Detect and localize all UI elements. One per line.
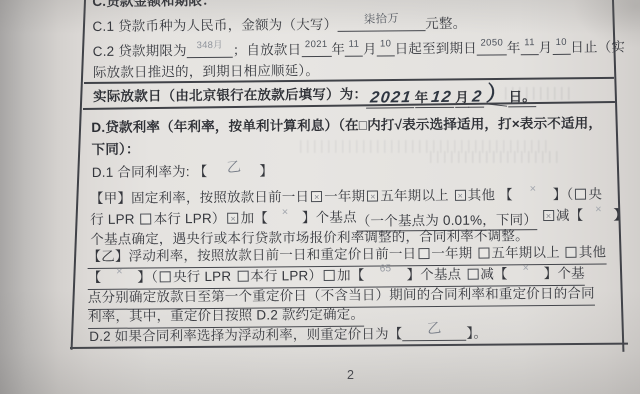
start-month-blank[interactable]: 11 bbox=[345, 41, 363, 57]
printed-text bbox=[537, 208, 541, 223]
printed-text: 【乙】浮动利率，按照放款日前一日和重定价日前一日 bbox=[87, 246, 416, 264]
printed-text: C.2 贷款期限为 bbox=[93, 43, 187, 59]
handwritten-value: 348月 bbox=[197, 37, 223, 54]
handwritten-value: × bbox=[282, 204, 289, 221]
printed-text: 其他 bbox=[579, 245, 607, 260]
printed-text: D.1 合同利率为: 【 bbox=[92, 164, 208, 180]
page-number: 2 bbox=[347, 368, 354, 382]
printed-text: D.贷款利率（年利率，按单利计算利息）（在□内打√表示选择适用，打×表示不适用， bbox=[91, 116, 602, 135]
section-c-heading: C.贷款金额和期限： bbox=[92, 0, 216, 10]
checkbox-mark: × bbox=[455, 188, 466, 205]
checkbox-mark: × bbox=[228, 211, 239, 228]
printed-text: 】 bbox=[259, 163, 273, 178]
printed-text: 元整。 bbox=[425, 16, 466, 31]
printed-text: 【 bbox=[88, 270, 102, 285]
checkbox-mark: × bbox=[311, 189, 322, 206]
loan-term-blank[interactable]: 348月 bbox=[187, 42, 233, 58]
checkbox-other-term-fixed[interactable]: × bbox=[455, 190, 466, 201]
end-day-blank[interactable]: 10 bbox=[552, 39, 570, 55]
printed-text: 日起至到期日 bbox=[395, 41, 477, 57]
checkbox-minus-fixed[interactable]: × bbox=[543, 210, 554, 221]
handwritten-value: × bbox=[595, 202, 602, 219]
printed-text: 年 bbox=[331, 42, 345, 57]
handwritten-value: 柒拾万 bbox=[363, 11, 399, 30]
handwritten-value: 10 bbox=[555, 34, 567, 51]
handwritten-value: × bbox=[116, 264, 123, 281]
checkbox-bank-lpr-fixed[interactable] bbox=[141, 213, 152, 224]
printed-text: 减【 bbox=[480, 266, 508, 281]
other-term-blank-float[interactable]: × bbox=[101, 270, 137, 285]
handwritten-value: 2021 bbox=[305, 36, 328, 53]
end-month-blank[interactable]: 11 bbox=[521, 39, 539, 55]
printed-text: 五年期以上 bbox=[491, 245, 564, 261]
printed-text: 一年期 bbox=[431, 246, 476, 261]
handwritten-value: 2050 bbox=[480, 34, 503, 51]
printed-text: 五年期以上 bbox=[380, 188, 453, 204]
checkbox-mark: × bbox=[367, 188, 378, 205]
printed-text: 】个基点 bbox=[406, 267, 465, 283]
checkbox-one-year-float[interactable] bbox=[418, 248, 429, 259]
actual-day-handwritten: 2 bbox=[468, 89, 487, 108]
printed-text: 央行 LPR bbox=[173, 269, 235, 285]
printed-text: 其他 【 bbox=[468, 187, 513, 202]
printed-text: 本行 LPR） bbox=[250, 268, 322, 284]
plus-basis-points-blank-fixed[interactable]: × bbox=[268, 210, 302, 225]
checkbox-other-term-float[interactable] bbox=[566, 247, 577, 258]
clause-c2-line2: 际放款日推迟的，到期日相应顺延）。 bbox=[93, 62, 319, 81]
section-d-heading-line1: D.贷款利率（年利率，按单利计算利息）（在□内打√表示选择适用，打×表示不适用， bbox=[91, 115, 602, 136]
handwritten-value: 乙 bbox=[426, 319, 442, 337]
checkbox-plus-fixed[interactable]: × bbox=[228, 213, 239, 224]
actual-month-handwritten: 12 bbox=[427, 89, 456, 108]
printed-text: 加【 bbox=[337, 268, 365, 283]
printed-text: 【甲】固定利率，按照放款日前一日 bbox=[90, 189, 309, 206]
amount-in-words-blank[interactable]: 柒拾万 bbox=[337, 15, 425, 32]
clause-d2: D.2 如果合同利率选择为浮动利率，则重定价日为【乙】。 bbox=[89, 325, 487, 345]
actual-release-date-row: 实际放款日（由北京银行在放款后填写）为：2021年 12 月 2）日。 bbox=[93, 84, 536, 111]
clause-c2-line1: C.2 贷款期限为348月；自放款日2021年11月10日起至到期日2050年1… bbox=[93, 38, 626, 60]
end-year-blank[interactable]: 2050 bbox=[477, 39, 507, 55]
printed-text: 加【 bbox=[241, 210, 269, 225]
printed-text: 实际放款日（由北京银行在放款后填写）为： bbox=[93, 87, 367, 104]
document-content: C.贷款金额和期限：C.1 贷款币种为人民币，金额为（大写）柒拾万元整。C.2 … bbox=[0, 0, 640, 394]
printed-text: D.2 如果合同利率选择为浮动利率，则重定价日为【 bbox=[89, 326, 402, 344]
printed-text: 行 LPR bbox=[90, 212, 139, 227]
handwritten-value: 10 bbox=[380, 35, 392, 52]
start-day-blank[interactable]: 10 bbox=[377, 40, 395, 56]
printed-text: 年 bbox=[507, 40, 521, 55]
actual-year-handwritten: 2021 bbox=[366, 89, 416, 108]
printed-text: 一年期 bbox=[324, 189, 365, 204]
printed-text: 下同）： bbox=[92, 142, 140, 157]
printed-text: 】个基点 bbox=[302, 210, 357, 225]
printed-text: 】 bbox=[613, 207, 627, 222]
section-c-heading-text: C.贷款金额和期限： bbox=[92, 0, 216, 9]
checkbox-one-year-fixed[interactable]: × bbox=[311, 191, 322, 202]
minus-basis-points-blank-float[interactable]: × bbox=[508, 266, 544, 281]
other-term-blank-fixed[interactable]: × bbox=[513, 187, 553, 202]
printed-text: 月 bbox=[455, 89, 469, 108]
option-jia-line1: 【甲】固定利率，按照放款日前一日×一年期×五年期以上 ×其他 【×】（央 bbox=[90, 186, 602, 207]
contract-rate-choice-blank[interactable]: 乙 bbox=[207, 164, 259, 179]
handwritten-value: 11 bbox=[524, 34, 535, 51]
printed-text: 央 bbox=[588, 187, 602, 202]
clause-c1: C.1 贷款币种为人民币，金额为（大写）柒拾万元整。 bbox=[92, 15, 466, 35]
printed-text: ；自放款日 bbox=[233, 42, 302, 58]
checkbox-pboc-lpr-float[interactable] bbox=[160, 271, 171, 282]
handwritten-value: × bbox=[522, 260, 529, 277]
printed-text: C.1 贷款币种为人民币，金额为（大写） bbox=[92, 17, 337, 34]
printed-text: 际放款日推迟的，到期日相应顺延）。 bbox=[93, 63, 319, 80]
printed-text: 】。 bbox=[466, 326, 487, 341]
printed-text: 日。 bbox=[508, 88, 536, 107]
printed-text: 月 bbox=[539, 40, 553, 55]
plus-basis-points-blank-float[interactable]: 65 bbox=[364, 267, 406, 282]
printed-text: 】个基 bbox=[544, 266, 585, 281]
handwritten-paren-stroke: ） bbox=[484, 85, 509, 107]
handwritten-value: 11 bbox=[349, 36, 360, 53]
start-year-blank[interactable]: 2021 bbox=[301, 41, 331, 57]
printed-text: 】（ bbox=[137, 269, 158, 284]
checkbox-five-year-plus-float[interactable] bbox=[478, 248, 489, 259]
printed-text: 日止（实 bbox=[570, 39, 625, 54]
printed-text: 月 bbox=[363, 42, 377, 57]
repricing-date-choice-blank[interactable]: 乙 bbox=[402, 325, 466, 342]
checkbox-minus-float[interactable] bbox=[467, 269, 478, 280]
section-d-heading-line2: 下同）： bbox=[92, 141, 140, 158]
printed-text: 】（ bbox=[553, 187, 574, 202]
clause-d1: D.1 合同利率为: 【乙】 bbox=[92, 162, 274, 181]
handwritten-value: 乙 bbox=[225, 158, 241, 176]
printed-text: 减【 bbox=[556, 208, 584, 223]
checkbox-plus-float[interactable] bbox=[324, 270, 335, 281]
handwritten-value: 65 bbox=[380, 260, 392, 277]
checkbox-five-year-plus-fixed[interactable]: × bbox=[367, 190, 378, 201]
checkbox-bank-lpr-float[interactable] bbox=[237, 271, 248, 282]
checkbox-pboc-lpr-fixed[interactable] bbox=[575, 189, 586, 200]
photographed-contract-page: C.贷款金额和期限：C.1 贷款币种为人民币，金额为（大写）柒拾万元整。C.2 … bbox=[0, 0, 640, 394]
minus-basis-points-blank-fixed[interactable]: × bbox=[583, 207, 613, 222]
handwritten-value: × bbox=[529, 181, 536, 198]
printed-text: 点分别确定放款日至第一个重定价日（不含当日）期间的合同利率和重定价日的合同 bbox=[88, 286, 595, 305]
printed-text: 利率，其中，重定价日按照 D.2 款约定确定。 bbox=[88, 307, 364, 324]
checkbox-mark: × bbox=[543, 208, 554, 225]
printed-text: 本行 LPR） bbox=[154, 211, 226, 227]
